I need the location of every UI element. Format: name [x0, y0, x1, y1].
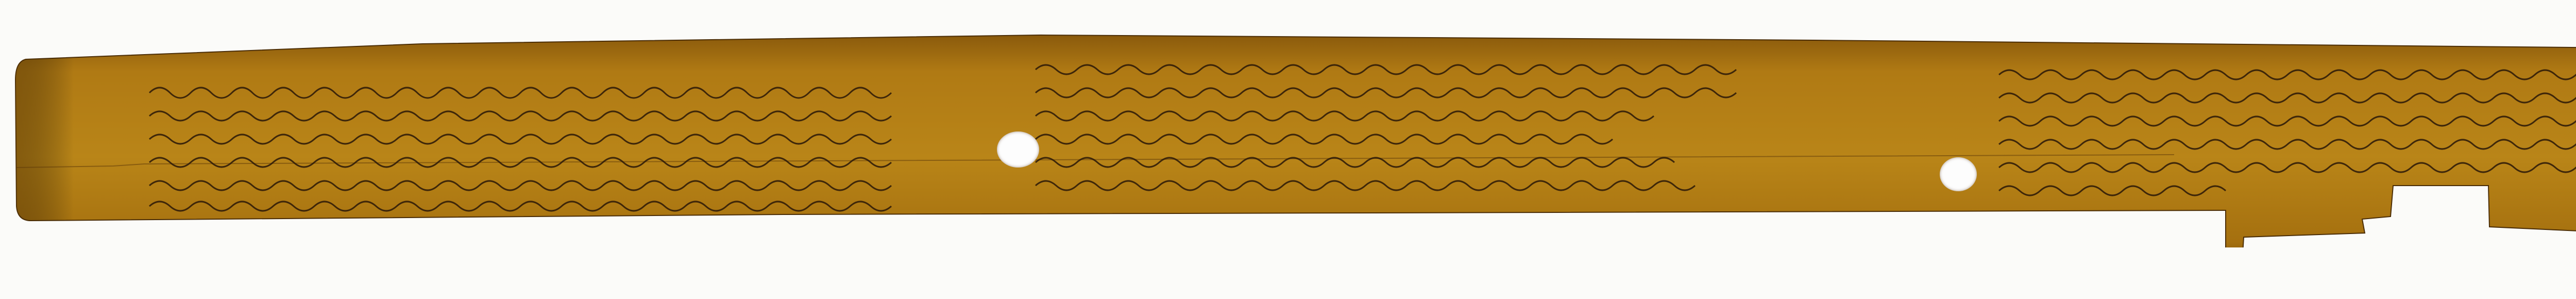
string-hole-right: [1940, 157, 1977, 191]
palm-leaf-folio: [10, 31, 2576, 247]
string-hole-left: [997, 131, 1039, 168]
leaf-shape: [10, 31, 2576, 247]
